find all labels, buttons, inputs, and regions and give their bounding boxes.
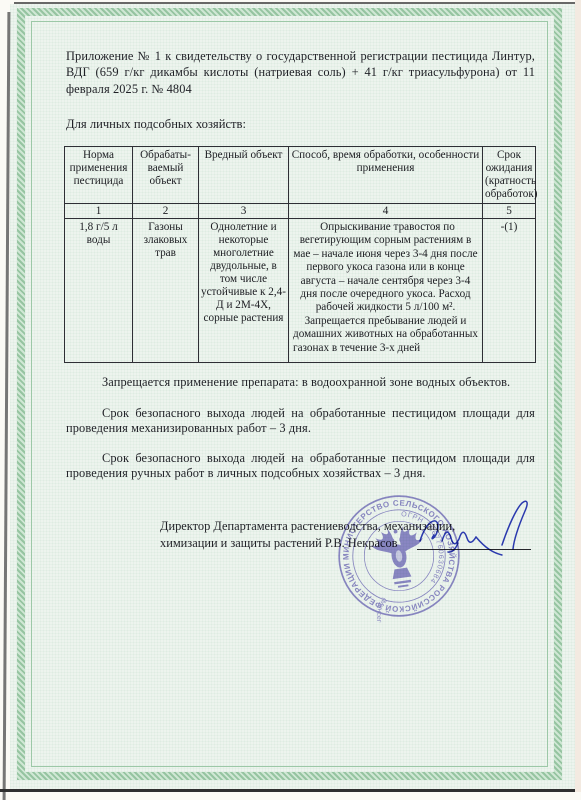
cell-harmful-object: Однолетние и некоторые многолетние двудо… xyxy=(199,219,289,363)
col-number: 5 xyxy=(483,204,536,219)
reentry-manual-paragraph: Срок безопасного выхода людей на обработ… xyxy=(66,451,535,482)
col-header-pest: Вредный объект xyxy=(199,147,289,204)
col-number: 2 xyxy=(133,204,199,219)
cell-application-method: Опрыскивание травостоя по вегетирующим с… xyxy=(289,219,483,363)
col-header-waiting: Срок ожидания (кратность обработок) xyxy=(483,147,536,204)
table-number-row: 1 2 3 4 5 xyxy=(65,204,536,219)
col-header-rate: Норма применения пестицида xyxy=(65,147,133,204)
scan-edge-top xyxy=(14,2,581,4)
col-number: 3 xyxy=(199,204,289,219)
handwritten-signature xyxy=(398,497,538,559)
cell-waiting-period: -(1) xyxy=(483,219,536,363)
table-header-row: Норма применения пестицида Обрабаты­ваем… xyxy=(65,147,536,204)
section-label: Для личных подсобных хозяйств: xyxy=(66,117,246,132)
scanned-document-page: Приложение № 1 к свидетельству о государ… xyxy=(0,0,581,800)
cell-application-rate: 1,8 г/5 л воды xyxy=(65,219,133,363)
reentry-mechanized-paragraph: Срок безопасного выхода людей на обработ… xyxy=(66,406,535,437)
cell-treated-object: Газоны злаковых трав xyxy=(133,219,199,363)
security-border-inner-line xyxy=(31,21,548,767)
pesticide-application-table: Норма применения пестицида Обрабаты­ваем… xyxy=(64,146,536,363)
col-number: 4 xyxy=(289,204,483,219)
col-number: 1 xyxy=(65,204,133,219)
document-header-paragraph: Приложение № 1 к свидетельству о государ… xyxy=(66,48,535,97)
col-header-method: Способ, время обработки, особенности при… xyxy=(289,147,483,204)
scan-edge-bottom xyxy=(0,789,581,792)
restriction-paragraph: Запрещается применение препарата: в водо… xyxy=(66,375,535,390)
scan-edge-right xyxy=(575,0,581,792)
col-header-object: Обрабаты­ваемый объект xyxy=(133,147,199,204)
table-data-row: 1,8 г/5 л воды Газоны злаковых трав Одно… xyxy=(65,219,536,363)
